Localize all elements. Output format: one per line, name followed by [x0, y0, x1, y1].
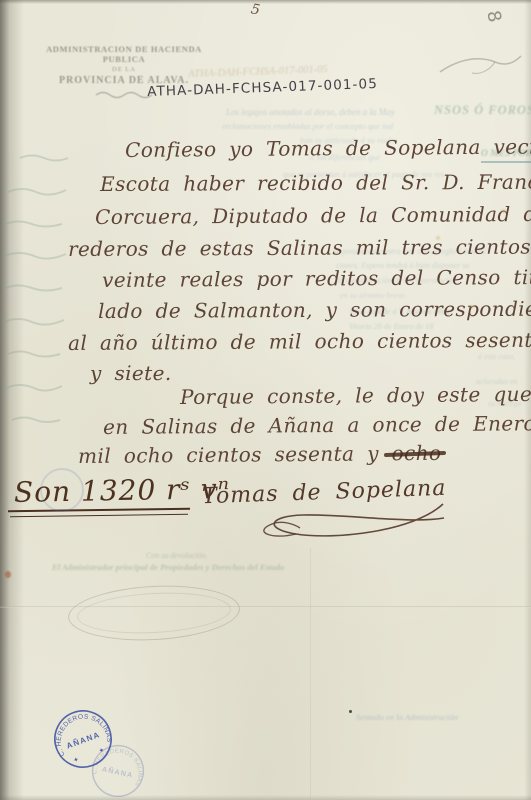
bleedthrough-script-texture: [2, 140, 74, 440]
document-scan-page: 5 8 ADMINISTRACION DE HACIENDA PUBLICA D…: [0, 0, 531, 800]
bleedthrough-fragment: Con su devolución.: [146, 551, 208, 560]
embossed-oval-seal-inner: [76, 589, 232, 637]
manuscript-line: lado de Salmanton, y son correspondiente…: [98, 296, 531, 323]
letterhead-line1: ADMINISTRACION DE HACIENDA PUBLICA: [30, 44, 218, 64]
stamp-arc-text: C. HEREDEROS SALINAS: [91, 744, 147, 788]
manuscript-line: en Salinas de Añana a once de Enero de: [103, 411, 531, 439]
bleedthrough-heading-rule: [481, 161, 531, 163]
manuscript-line: rederos de estas Salinas mil tres ciento…: [68, 235, 531, 261]
embossed-oval-seal: [67, 582, 242, 645]
letterhead-ornament: [94, 91, 154, 99]
manuscript-line: Confieso yo Tomas de Sopelana vecino de: [125, 134, 531, 162]
amount-underline-bottom: [10, 514, 188, 517]
manuscript-line: veinte reales por reditos del Censo titu…: [102, 265, 531, 292]
bleedthrough-fragment: reclamaciones entabladas por el concepto…: [222, 121, 393, 131]
paper-crease-vertical: [310, 548, 312, 800]
ink-speck: [349, 710, 352, 713]
foxing-spot: [501, 209, 506, 213]
bleedthrough-fragment: El Administrador principal de Propiedade…: [52, 562, 284, 572]
manuscript-line: Porque conste, le doy este que firmo: [180, 381, 531, 409]
pencil-squiggle: [435, 48, 525, 80]
bleedthrough-fragment: NSOS Ó FOROS.: [434, 103, 531, 118]
folio-number-center: 5: [250, 1, 262, 18]
foxing-spot: [436, 236, 440, 240]
bleedthrough-fragment: á este caso,: [478, 352, 515, 361]
bleedthrough-fragment: Sentado en la Administración: [356, 712, 458, 722]
rust-stain: [5, 571, 11, 578]
bleedthrough-fragment: Los legajos anotados al dorso, deben a l…: [226, 107, 395, 117]
manuscript-line: al año último de mil ocho cientos sesent…: [68, 328, 531, 355]
signature-flourish: [208, 498, 453, 546]
manuscript-line: y siete.: [90, 361, 172, 385]
stamp-star-left: ✦: [72, 755, 80, 765]
scan-edge-bottom: [0, 795, 531, 800]
manuscript-line: Escota haber recibido del Sr. D. Francis…: [100, 169, 531, 196]
svg-text:C. HEREDEROS SALINAS: C. HEREDEROS SALINAS: [91, 744, 147, 788]
heirs-circular-stamp-ghost: C. HEREDEROS SALINAS AÑANA: [85, 738, 151, 800]
stamp-center-text: AÑANA: [101, 764, 134, 779]
stamp-ghost-ring: [40, 468, 84, 512]
foxing-spot: [470, 305, 474, 308]
scan-edge-top: [0, 0, 531, 4]
folio-number-right: 8: [482, 9, 505, 25]
manuscript-line: Corcuera, Diputado de la Comunidad de He…: [95, 201, 531, 229]
